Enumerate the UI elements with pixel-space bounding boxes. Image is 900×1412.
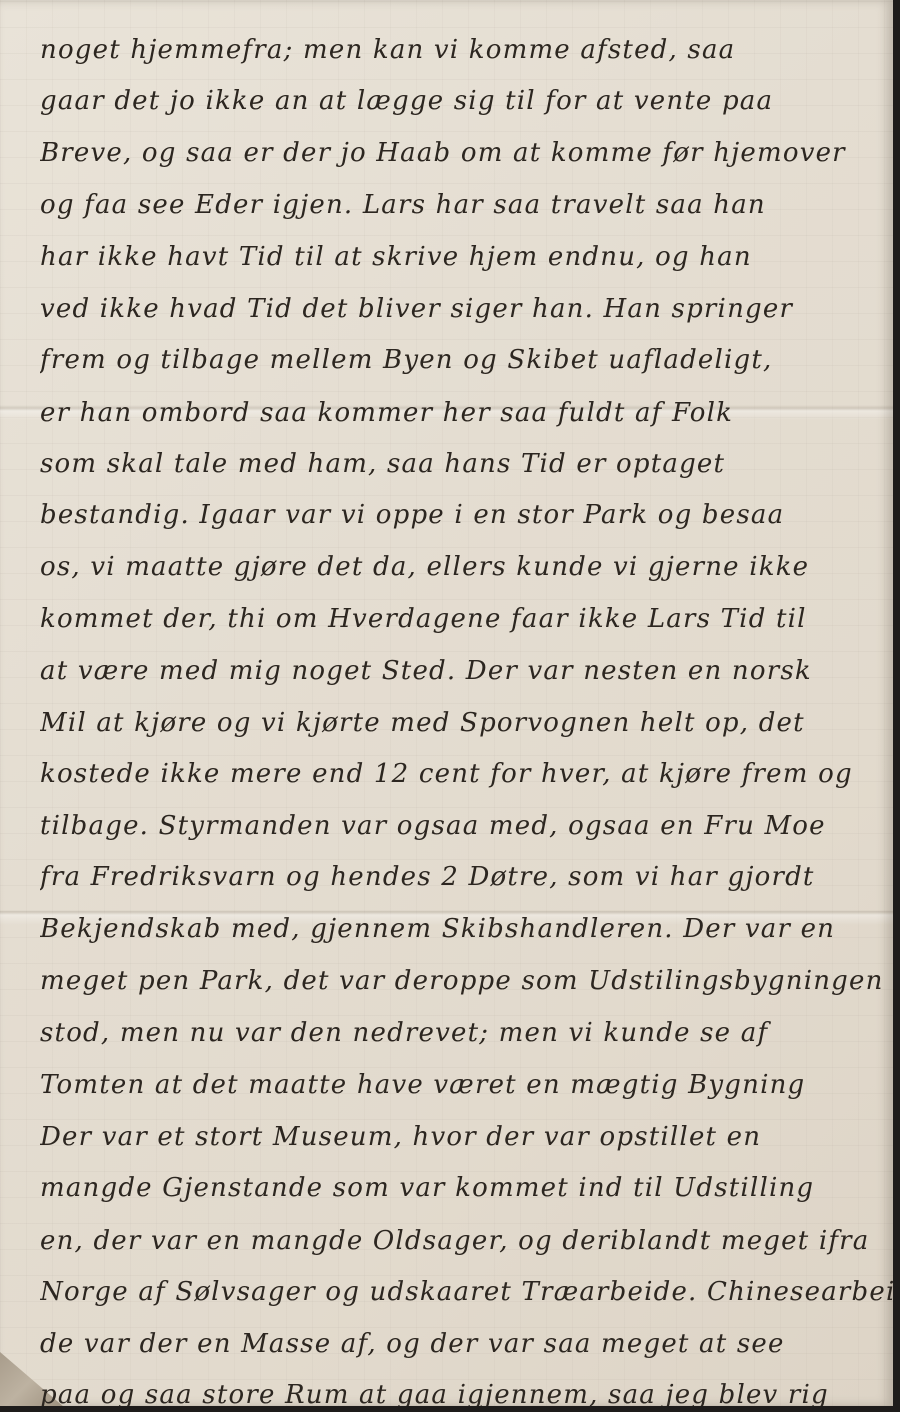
scan-background-edge — [0, 1406, 900, 1412]
text-line: kostede ikke mere end 12 cent for hver, … — [40, 757, 900, 791]
text-line: noget hjemmefra; men kan vi komme afsted… — [40, 33, 900, 67]
text-line: de var der en Masse af, og der var saa m… — [40, 1327, 900, 1361]
text-line: frem og tilbage mellem Byen og Skibet ua… — [40, 343, 900, 377]
text-line: os, vi maatte gjøre det da, ellers kunde… — [40, 550, 900, 584]
text-line: meget pen Park, det var deroppe som Udst… — [40, 964, 900, 998]
letter-page: noget hjemmefra; men kan vi komme afsted… — [0, 0, 893, 1406]
text-line: en, der var en mangde Oldsager, og derib… — [40, 1224, 900, 1258]
text-line: fra Fredriksvarn og hendes 2 Døtre, som … — [40, 860, 900, 894]
text-line: Mil at kjøre og vi kjørte med Sporvognen… — [40, 706, 900, 740]
text-line: at være med mig noget Sted. Der var nest… — [40, 654, 900, 688]
text-line: er han ombord saa kommer her saa fuldt a… — [40, 396, 900, 430]
text-line: som skal tale med ham, saa hans Tid er o… — [40, 447, 900, 481]
text-line: gaar det jo ikke an at lægge sig til for… — [40, 84, 900, 118]
text-line: Der var et stort Museum, hvor der var op… — [40, 1120, 900, 1154]
text-line: mangde Gjenstande som var kommet ind til… — [40, 1171, 900, 1205]
text-line: kommet der, thi om Hverdagene faar ikke … — [40, 602, 900, 636]
text-line: Bekjendskab med, gjennem Skibshandleren.… — [40, 912, 900, 946]
text-line: Breve, og saa er der jo Haab om at komme… — [40, 136, 900, 170]
text-line: bestandig. Igaar var vi oppe i en stor P… — [40, 498, 900, 532]
text-line: har ikke havt Tid til at skrive hjem end… — [40, 240, 900, 274]
text-line: stod, men nu var den nedrevet; men vi ku… — [40, 1016, 900, 1050]
scan-background-edge — [893, 0, 900, 1412]
text-line: og faa see Eder igjen. Lars har saa trav… — [40, 188, 900, 222]
text-line: tilbage. Styrmanden var ogsaa med, ogsaa… — [40, 809, 900, 843]
text-line: Norge af Sølvsager og udskaaret Træarbei… — [40, 1275, 900, 1309]
text-line: ved ikke hvad Tid det bliver siger han. … — [40, 292, 900, 326]
text-line: Tomten at det maatte have været en mægti… — [40, 1068, 900, 1102]
